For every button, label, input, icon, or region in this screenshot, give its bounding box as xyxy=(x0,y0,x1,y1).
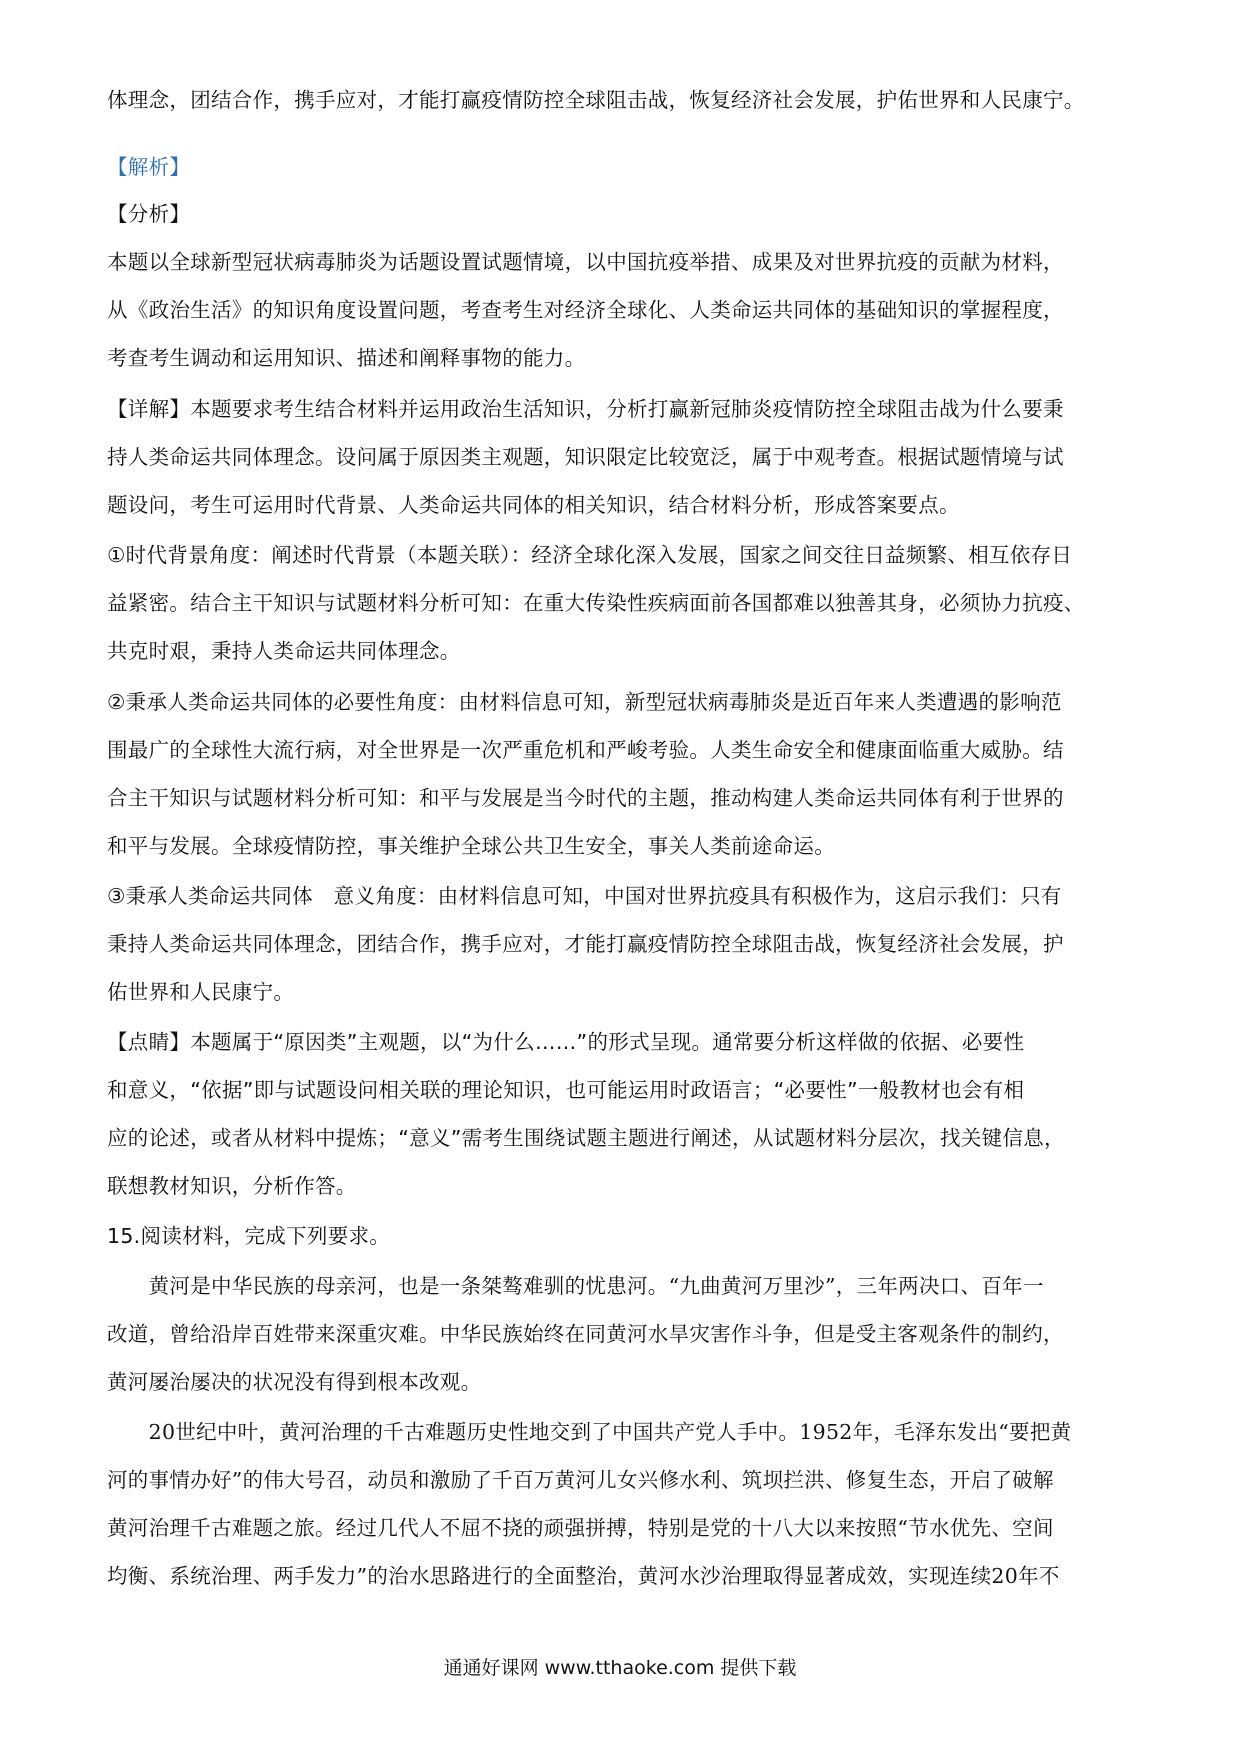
material-paragraph-2-line: 河的事情办好”的伟大号召，动员和激励了千百万黄河儿女兴修水利、筑坝拦洪、修复生态… xyxy=(107,1466,1137,1494)
point-2-line: ②秉承人类命运共同体的必要性角度：由材料信息可知，新型冠状病毒肺炎是近百年来人类… xyxy=(107,688,1137,716)
material-paragraph-1-line: 黄河屡治屡决的状况没有得到根本改观。 xyxy=(107,1368,1137,1396)
point-1-line: 益紧密。结合主干知识与试题材料分析可知：在重大传染性疾病面前各国都难以独善其身，… xyxy=(107,589,1137,617)
dianjing-line: 【点睛】本题属于“原因类”主观题，以“为什么……”的形式呈现。通常要分析这样做的… xyxy=(107,1028,1137,1056)
page-footer: 通通好课网 www.tthaoke.com 提供下载 xyxy=(0,1655,1240,1681)
detail-line: 【详解】本题要求考生结合材料并运用政治生活知识，分析打赢新冠肺炎疫情防控全球阻击… xyxy=(107,395,1137,423)
question-15-title: 15.阅读材料，完成下列要求。 xyxy=(107,1222,1137,1250)
analysis-line: 从《政治生活》的知识角度设置问题，考查考生对经济全球化、人类命运共同体的基础知识… xyxy=(107,296,1137,324)
analysis-line: 本题以全球新型冠状病毒肺炎为话题设置试题情境，以中国抗疫举措、成果及对世界抗疫的… xyxy=(107,248,1137,276)
section-heading-fenxi: 【分析】 xyxy=(107,200,1137,228)
analysis-line: 考查考生调动和运用知识、描述和阐释事物的能力。 xyxy=(107,344,1137,372)
point-1-line: ①时代背景角度：阐述时代背景（本题关联）：经济全球化深入发展，国家之间交往日益频… xyxy=(107,541,1137,569)
point-2-line: 合主干知识与试题材料分析可知：和平与发展是当今时代的主题，推动构建人类命运共同体… xyxy=(107,784,1137,812)
document-page: 体理念，团结合作，携手应对，才能打赢疫情防控全球阻击战，恢复经济社会发展，护佑世… xyxy=(0,0,1240,1754)
text-line-continuation: 体理念，团结合作，携手应对，才能打赢疫情防控全球阻击战，恢复经济社会发展，护佑世… xyxy=(107,86,1137,114)
detail-line: 持人类命运共同体理念。设问属于原因类主观题，知识限定比较宽泛，属于中观考查。根据… xyxy=(107,443,1137,471)
point-3-line: 佑世界和人民康宁。 xyxy=(107,978,1137,1006)
point-2-line: 围最广的全球性大流行病，对全世界是一次严重危机和严峻考验。人类生命安全和健康面临… xyxy=(107,736,1137,764)
material-paragraph-2-line: 黄河治理千古难题之旅。经过几代人不屈不挠的顽强拼搏，特别是党的十八大以来按照“节… xyxy=(107,1514,1137,1542)
material-paragraph-2-line: 20世纪中叶，黄河治理的千古难题历史性地交到了中国共产党人手中。1952年，毛泽… xyxy=(107,1418,1137,1446)
material-paragraph-2-line: 均衡、系统治理、两手发力”的治水思路进行的全面整治，黄河水沙治理取得显著成效，实… xyxy=(107,1562,1137,1590)
point-3-line: 秉持人类命运共同体理念，团结合作，携手应对，才能打赢疫情防控全球阻击战，恢复经济… xyxy=(107,930,1137,958)
material-paragraph-1-line: 黄河是中华民族的母亲河，也是一条桀骜难驯的忧患河。“九曲黄河万里沙”，三年两决口… xyxy=(107,1272,1137,1300)
section-heading-jiexi: 【解析】 xyxy=(107,153,1137,181)
point-3-line: ③秉承人类命运共同体 意义角度：由材料信息可知，中国对世界抗疫具有积极作为，这启… xyxy=(107,882,1137,910)
detail-line: 题设问，考生可运用时代背景、人类命运共同体的相关知识，结合材料分析，形成答案要点… xyxy=(107,491,1137,519)
dianjing-line: 和意义，“依据”即与试题设问相关联的理论知识，也可能运用时政语言；“必要性”一般… xyxy=(107,1076,1137,1104)
point-2-line: 和平与发展。全球疫情防控，事关维护全球公共卫生安全，事关人类前途命运。 xyxy=(107,832,1137,860)
dianjing-line: 联想教材知识，分析作答。 xyxy=(107,1172,1137,1200)
dianjing-line: 应的论述，或者从材料中提炼；“意义”需考生围绕试题主题进行阐述，从试题材料分层次… xyxy=(107,1124,1137,1152)
material-paragraph-1-line: 改道，曾给沿岸百姓带来深重灾难。中华民族始终在同黄河水旱灾害作斗争，但是受主客观… xyxy=(107,1320,1137,1348)
point-1-line: 共克时艰，秉持人类命运共同体理念。 xyxy=(107,637,1137,665)
